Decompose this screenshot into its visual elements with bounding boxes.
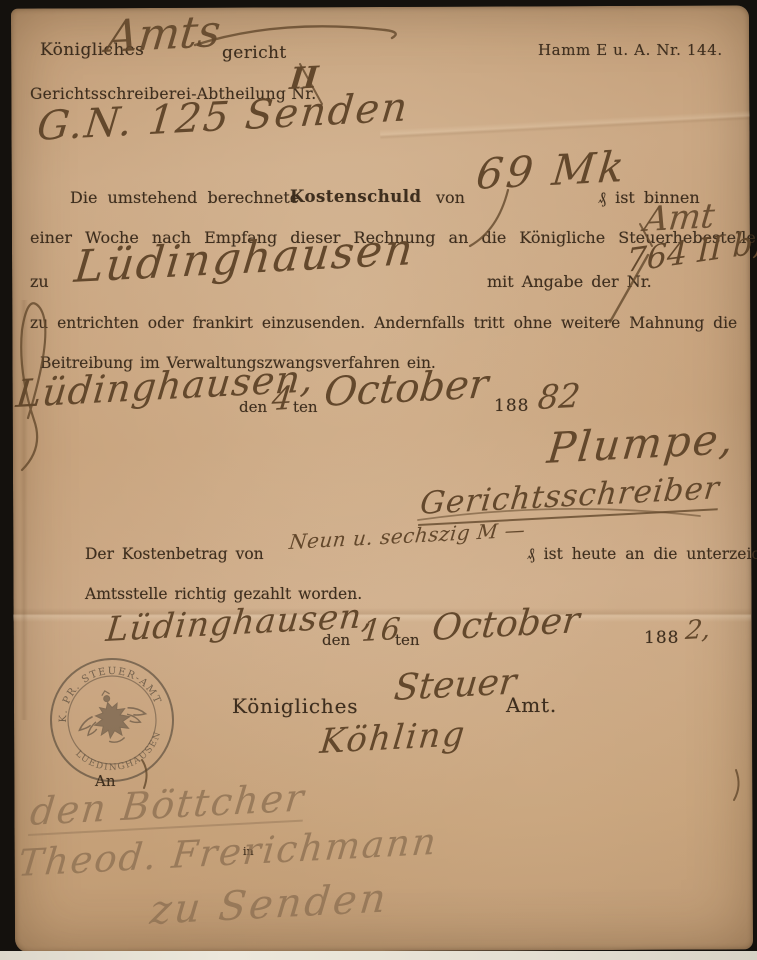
scanned-document: Königliches Amts gericht Hamm E u. A. Nr… bbox=[0, 0, 757, 960]
date2-year-printed: 188 bbox=[644, 628, 679, 648]
receipt-line1-a: Der Kostenbetrag von bbox=[85, 545, 264, 563]
receipt-line1-b: ₰ ist heute an die unterzeichnete bbox=[527, 545, 757, 564]
office-line-prefix: Königliches bbox=[232, 694, 358, 718]
office-line-suffix: Amt. bbox=[506, 693, 557, 717]
date1-year-printed: 188 bbox=[494, 396, 529, 416]
date1-year-handwritten: 82 bbox=[536, 376, 582, 417]
date1-day-handwritten: 4 bbox=[270, 379, 294, 418]
body-line4: zu entrichten oder frankirt einzusenden.… bbox=[30, 314, 737, 332]
body-line3-zu: zu bbox=[30, 272, 49, 291]
signature2-handwritten: Köhling bbox=[318, 714, 468, 762]
header-court-handwritten: Amts bbox=[104, 6, 223, 63]
header-court-suffix: gericht bbox=[222, 43, 287, 63]
scan-background-strip bbox=[0, 951, 757, 960]
body-line1-bold: Kostenschuld bbox=[290, 187, 422, 206]
body-line1-b: von bbox=[436, 188, 465, 207]
header-reference: Hamm E u. A. Nr. 144. bbox=[538, 41, 723, 59]
date2-den: den bbox=[322, 631, 350, 649]
date2-ten: ten bbox=[395, 631, 420, 649]
date1-month-handwritten: October bbox=[322, 361, 490, 416]
office-handwritten: Steuer bbox=[392, 661, 518, 709]
date2-month-handwritten: October bbox=[430, 600, 582, 649]
date1-ten: ten bbox=[293, 398, 318, 416]
date1-den: den bbox=[239, 398, 267, 416]
date2-year-handwritten: 2, bbox=[684, 614, 712, 646]
signature1-handwritten: Plumpe, bbox=[545, 414, 738, 473]
body-line1-a: Die umstehend berechnete bbox=[70, 188, 299, 207]
prussian-eagle-icon bbox=[72, 683, 151, 750]
